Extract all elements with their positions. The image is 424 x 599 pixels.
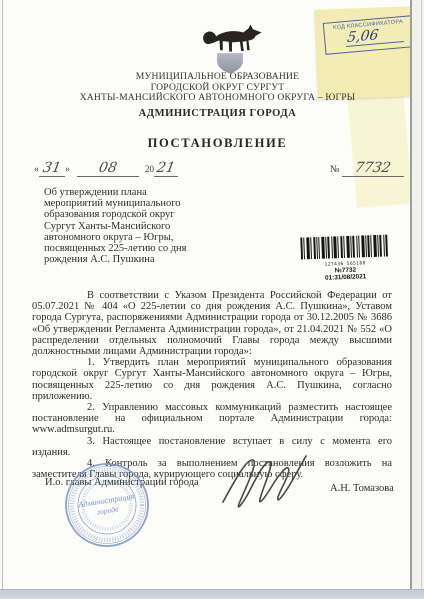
administration-title: АДМИНИСТРАЦИЯ ГОРОДА — [25, 108, 410, 119]
organization-name: МУНИЦИПАЛЬНОЕ ОБРАЗОВАНИЕ ГОРОДСКОЙ ОКРУ… — [25, 72, 410, 104]
date-line: «31» 08 2021 — [34, 160, 178, 180]
barcode-bars — [300, 234, 389, 259]
body-item-2: 2. Управлению массовых коммуникаций разм… — [32, 402, 392, 436]
scan-left-edge — [2, 0, 3, 599]
scan-right-faint-line — [421, 0, 422, 599]
fox-icon — [203, 25, 262, 52]
scan-bottom-edge — [0, 589, 424, 599]
org-line-3: ХАНТЫ-МАНСИЙСКОГО АВТОНОМНОГО ОКРУГА – Ю… — [25, 93, 410, 104]
handwritten-year: 21 — [156, 160, 177, 176]
scan-right-margin — [412, 0, 424, 599]
year-prefix: 20 — [145, 164, 154, 174]
scan-right-edge — [410, 0, 412, 599]
scanned-document: КОД КЛАССИФИКАТОРА 5,06 МУНИЦИПАЛЬНОЕ ОБ… — [0, 0, 424, 599]
handwritten-number: 7732 — [354, 160, 392, 176]
number-label: № — [330, 164, 340, 175]
round-stamp: Администрация города — [47, 445, 167, 565]
barcode: 127436 565108 №7732 01:31/08/2021 — [298, 234, 392, 282]
body-intro: В соответствии с Указом Президента Росси… — [32, 290, 392, 357]
document-type-title: ПОСТАНОВЛЕНИЕ — [25, 136, 410, 151]
document-subject: Об утверждении плана мероприятий муницип… — [44, 187, 229, 265]
handwritten-signature — [213, 438, 313, 518]
handwritten-month: 08 — [97, 160, 118, 176]
handwritten-day: 31 — [42, 160, 63, 176]
surgut-coat-of-arms-icon — [196, 20, 264, 74]
org-line-1: МУНИЦИПАЛЬНОЕ ОБРАЗОВАНИЕ — [25, 72, 410, 83]
signatory-name: А.Н. Томазова — [330, 483, 394, 494]
close-quote: » — [65, 164, 70, 175]
document-number-line: № 7732 — [330, 160, 404, 177]
body-item-1: 1. Утвердить план мероприятий муниципаль… — [32, 357, 392, 402]
